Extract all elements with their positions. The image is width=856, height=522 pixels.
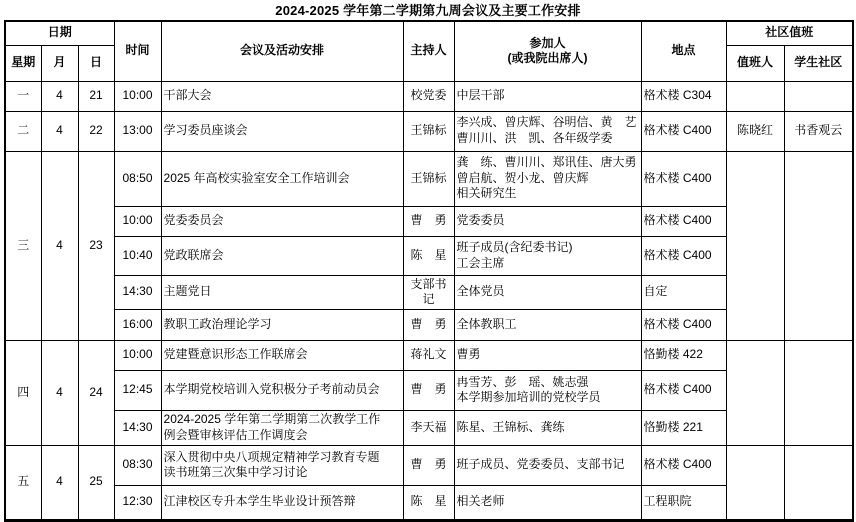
participants-cell: 李兴成、曾庆辉、谷明信、黄 艺 曹川川、洪 凯、各年级学委: [454, 111, 641, 151]
schedule-table: 日期 时间 会议及活动安排 主持人 参加人 (或我院出席人) 地点 社区值班 星…: [4, 20, 854, 522]
meeting-cell: 本学期党校培训入党积极分子考前动员会: [161, 370, 403, 410]
day-cell: 22: [78, 111, 114, 151]
participants-cell: 陈星、王锦标、龚练: [454, 410, 641, 445]
meeting-cell: 党委委员会: [161, 206, 403, 236]
table-row: 14:30 2024-2025 学年第二学期第二次教学工作 例会暨审核评估工作调…: [5, 410, 853, 445]
participants-cell: 冉雪芳、彭 瑶、姚志强 本学期参加培训的党校学员: [454, 370, 641, 410]
meeting-cell: 党建暨意识形态工作联席会: [161, 340, 403, 370]
time-cell: 14:30: [114, 275, 161, 309]
duty-person-cell: [726, 445, 784, 520]
location-cell: 格术楼 C400: [641, 206, 726, 236]
location-cell: 工程职院: [641, 485, 726, 520]
header-date: 日期: [5, 21, 114, 45]
meeting-cell: 干部大会: [161, 81, 403, 111]
time-cell: 10:40: [114, 236, 161, 275]
participants-cell: 党委委员: [454, 206, 641, 236]
table-row: 10:40 党政联席会 陈 星 班子成员(含纪委书记) 工会主席 格术楼 C40…: [5, 236, 853, 275]
time-cell: 13:00: [114, 111, 161, 151]
table-row: 一 4 21 10:00 干部大会 校党委 中层干部 格术楼 C304: [5, 81, 853, 111]
header-month: 月: [41, 45, 78, 81]
location-cell: 格术楼 C304: [641, 81, 726, 111]
header-day: 日: [78, 45, 114, 81]
time-cell: 12:45: [114, 370, 161, 410]
participants-cell: 班子成员(含纪委书记) 工会主席: [454, 236, 641, 275]
weekday-cell: 一: [5, 81, 41, 111]
table-row: 16:00 教职工政治理论学习 曹 勇 全体教职工 格术楼 C400: [5, 309, 853, 340]
host-cell: 曹 勇: [403, 309, 454, 340]
header-location: 地点: [641, 21, 726, 81]
time-cell: 10:00: [114, 206, 161, 236]
weekday-cell: 五: [5, 445, 41, 520]
host-cell: 王锦标: [403, 111, 454, 151]
table-row: 14:30 主题党日 支部书记 全体党员 自定: [5, 275, 853, 309]
day-cell: 23: [78, 151, 114, 340]
participants-cell: 曹勇: [454, 340, 641, 370]
location-cell: 格术楼 C400: [641, 236, 726, 275]
location-cell: 格术楼 C400: [641, 111, 726, 151]
student-community-cell: [784, 151, 853, 340]
day-cell: 25: [78, 445, 114, 520]
participants-cell: 班子成员、党委委员、支部书记: [454, 445, 641, 485]
participants-cell: 相关老师: [454, 485, 641, 520]
host-cell: 曹 勇: [403, 370, 454, 410]
page: 2024-2025 学年第二学期第九周会议及主要工作安排 日期 时间 会议及活动…: [0, 0, 856, 517]
meeting-cell: 主题党日: [161, 275, 403, 309]
meeting-cell: 深入贯彻中央八项规定精神学习教育专题 读书班第三次集中学习讨论: [161, 445, 403, 485]
month-cell: 4: [41, 81, 78, 111]
table-row: 三 4 23 08:50 2025 年高校实验室安全工作培训会 王锦标 龚 练、…: [5, 151, 853, 206]
header-host: 主持人: [403, 21, 454, 81]
table-row: 12:30 江津校区专升本学生毕业设计预答辩 陈 星 相关老师 工程职院: [5, 485, 853, 520]
duty-person-cell: [726, 81, 784, 111]
weekday-cell: 三: [5, 151, 41, 340]
duty-person-cell: [726, 151, 784, 340]
time-cell: 08:50: [114, 151, 161, 206]
table-row: 四 4 24 10:00 党建暨意识形态工作联席会 蒋礼文 曹勇 恪勤楼 422: [5, 340, 853, 370]
meeting-cell: 党政联席会: [161, 236, 403, 275]
page-title: 2024-2025 学年第二学期第九周会议及主要工作安排: [4, 3, 852, 18]
weekday-cell: 四: [5, 340, 41, 445]
table-row: 二 4 22 13:00 学习委员座谈会 王锦标 李兴成、曾庆辉、谷明信、黄 艺…: [5, 111, 853, 151]
duty-person-cell: [726, 340, 784, 445]
time-cell: 14:30: [114, 410, 161, 445]
participants-cell: 全体党员: [454, 275, 641, 309]
host-cell: 王锦标: [403, 151, 454, 206]
time-cell: 10:00: [114, 340, 161, 370]
meeting-cell: 江津校区专升本学生毕业设计预答辩: [161, 485, 403, 520]
meeting-cell: 2025 年高校实验室安全工作培训会: [161, 151, 403, 206]
header-student-community: 学生社区: [784, 45, 853, 81]
participants-cell: 全体教职工: [454, 309, 641, 340]
header-meeting: 会议及活动安排: [161, 21, 403, 81]
meeting-cell: 学习委员座谈会: [161, 111, 403, 151]
student-community-cell: [784, 445, 853, 520]
location-cell: 恪勤楼 221: [641, 410, 726, 445]
participants-cell: 中层干部: [454, 81, 641, 111]
month-cell: 4: [41, 111, 78, 151]
table-row: 五 4 25 08:30 深入贯彻中央八项规定精神学习教育专题 读书班第三次集中…: [5, 445, 853, 485]
student-community-cell: [784, 81, 853, 111]
host-cell: 陈 星: [403, 236, 454, 275]
header-participants: 参加人 (或我院出席人): [454, 21, 641, 81]
host-cell: 支部书记: [403, 275, 454, 309]
location-cell: 格术楼 C400: [641, 309, 726, 340]
table-row: 12:45 本学期党校培训入党积极分子考前动员会 曹 勇 冉雪芳、彭 瑶、姚志强…: [5, 370, 853, 410]
time-cell: 12:30: [114, 485, 161, 520]
host-cell: 校党委: [403, 81, 454, 111]
duty-person-cell: 陈晓红: [726, 111, 784, 151]
month-cell: 4: [41, 445, 78, 520]
time-cell: 16:00: [114, 309, 161, 340]
header-row-1: 日期 时间 会议及活动安排 主持人 参加人 (或我院出席人) 地点 社区值班: [5, 21, 853, 45]
location-cell: 格术楼 C400: [641, 445, 726, 485]
host-cell: 曹 勇: [403, 445, 454, 485]
host-cell: 曹 勇: [403, 206, 454, 236]
month-cell: 4: [41, 151, 78, 340]
location-cell: 格术楼 C400: [641, 370, 726, 410]
day-cell: 21: [78, 81, 114, 111]
header-community-duty: 社区值班: [726, 21, 853, 45]
table-row: 10:00 党委委员会 曹 勇 党委委员 格术楼 C400: [5, 206, 853, 236]
month-cell: 4: [41, 340, 78, 445]
participants-cell: 龚 练、曹川川、郑讯佳、唐大勇 曾启航、贺小龙、曾庆辉 相关研究生: [454, 151, 641, 206]
header-duty-person: 值班人: [726, 45, 784, 81]
weekday-cell: 二: [5, 111, 41, 151]
location-cell: 自定: [641, 275, 726, 309]
header-weekday: 星期: [5, 45, 41, 81]
student-community-cell: 书香观云: [784, 111, 853, 151]
location-cell: 恪勤楼 422: [641, 340, 726, 370]
meeting-cell: 教职工政治理论学习: [161, 309, 403, 340]
time-cell: 08:30: [114, 445, 161, 485]
host-cell: 蒋礼文: [403, 340, 454, 370]
meeting-cell: 2024-2025 学年第二学期第二次教学工作 例会暨审核评估工作调度会: [161, 410, 403, 445]
location-cell: 格术楼 C400: [641, 151, 726, 206]
host-cell: 李天福: [403, 410, 454, 445]
header-time: 时间: [114, 21, 161, 81]
host-cell: 陈 星: [403, 485, 454, 520]
time-cell: 10:00: [114, 81, 161, 111]
day-cell: 24: [78, 340, 114, 445]
student-community-cell: [784, 340, 853, 445]
